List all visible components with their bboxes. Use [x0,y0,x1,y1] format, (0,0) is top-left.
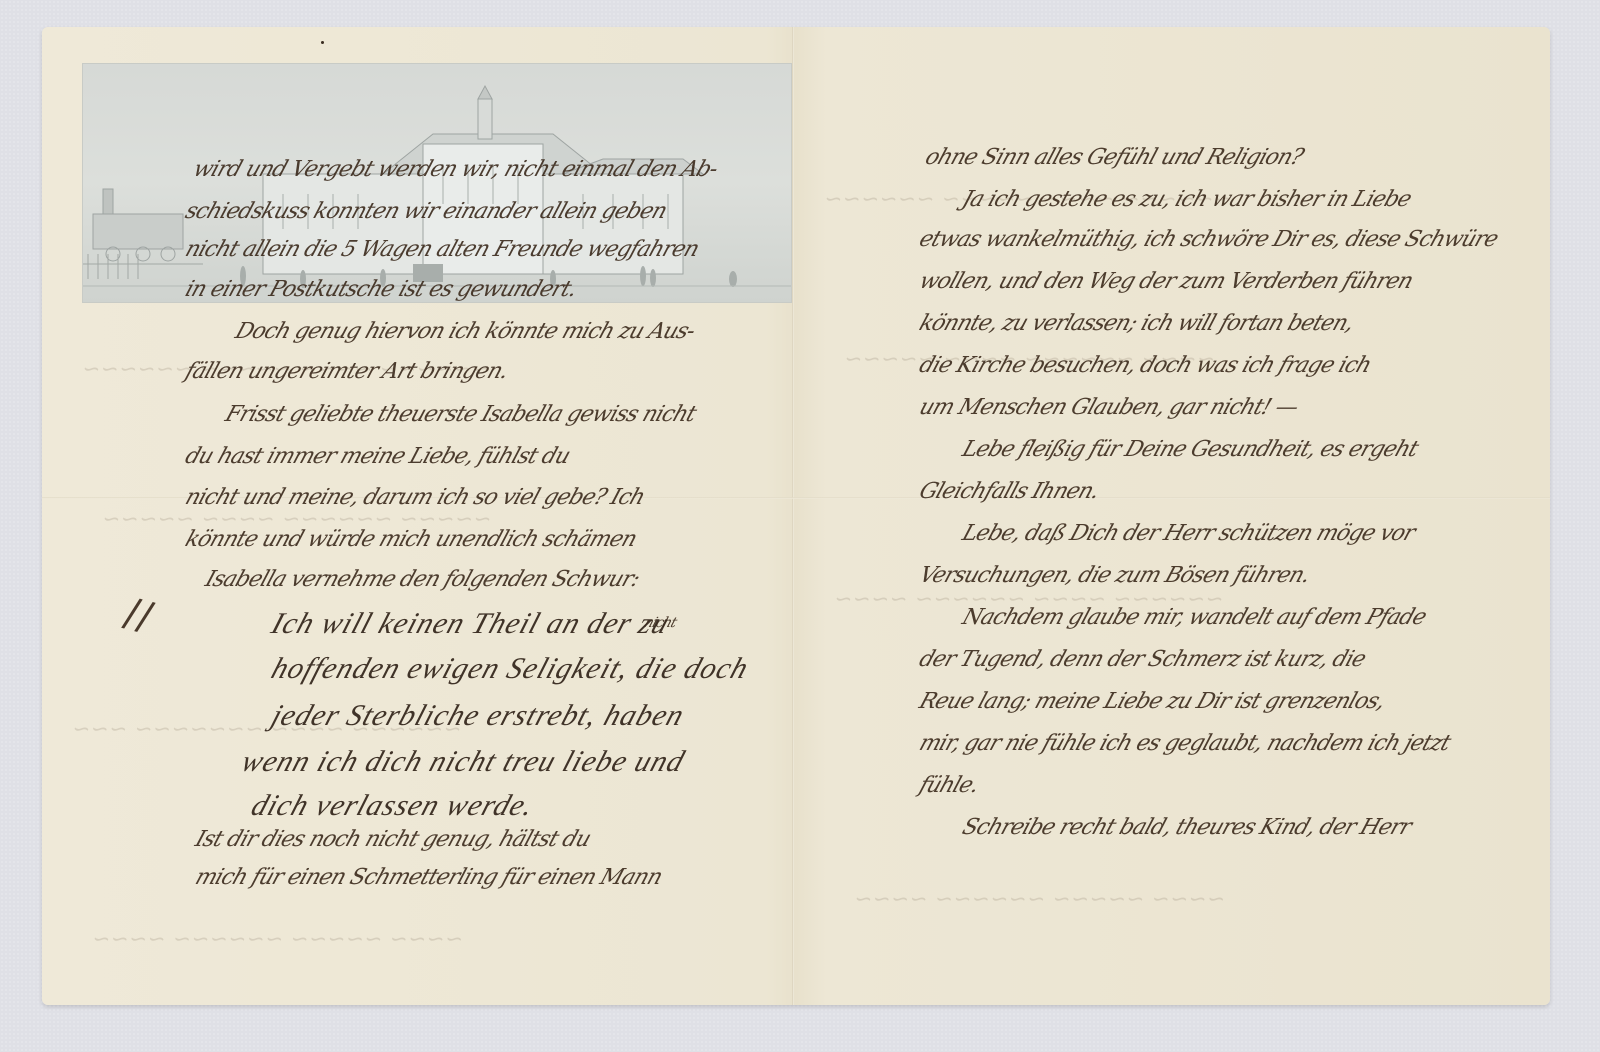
handwritten-line: nicht und meine, darum ich so viel gebe?… [182,485,648,510]
handwritten-line: könnte, zu verlassen; ich will fortan be… [916,311,1357,336]
handwritten-line: Versuchungen, die zum Bösen führen. [916,563,1313,588]
handwritten-line: Schreibe recht bald, theures Kind, der H… [959,815,1414,840]
handwritten-line: könnte und würde mich unendlich schämen [182,527,639,552]
oath-line: hoffenden ewigen Seligkeit, die doch [267,652,753,686]
handwritten-line: fällen ungereimter Art bringen. [182,359,511,384]
handwritten-line: du hast immer meine Liebe, fühlst du [182,444,573,469]
handwritten-line: wollen, und den Weg der zum Verderben fü… [916,269,1416,294]
ink-bleed: ~~~~ ~~~~~ ~~~~~~ ~~~~ [87,927,467,952]
handwritten-line: die Kirche besuchen, doch was ich frage … [916,353,1374,378]
handwritten-line: Ja ich gestehe es zu, ich war bisher in … [959,187,1414,212]
handwritten-line: Isabella vernehme den folgenden Schwur: [202,567,642,592]
margin-mark: // [120,589,158,640]
left-page: ~~~~~~ ~~~~ ~~~~~ ~~~~~~ ~~~~~ ~~~~~~ ~~… [42,27,792,1005]
handwritten-line: nicht allein die 5 Wagen alten Freunde w… [182,237,702,262]
handwritten-line: Frisst geliebte theuerste Isabella gewis… [222,402,699,427]
handwritten-line: der Tugend, denn der Schmerz ist kurz, d… [916,647,1368,672]
handwritten-line: wird und Vergebt werden wir, nicht einma… [190,157,720,182]
oath-line: Ich will keinen Theil an der zu [267,607,674,641]
oath-line: jeder Sterbliche erstrebt, haben [267,699,689,733]
handwritten-line: Doch genug hiervon ich könnte mich zu Au… [232,319,698,344]
right-page: ~~~~~~ ~~~~ ~~~~~ ~~~~~~ ~~~~ ~~~~~~ ~~~… [794,27,1550,1005]
insertion-word: nicht [642,615,678,631]
handwritten-line: in einer Postkutsche ist es gewundert. [182,277,580,302]
handwritten-line: mir, gar nie fühle ich es geglaubt, nach… [916,731,1453,756]
handwritten-line: Lebe fleißig für Deine Gesundheit, es er… [959,437,1421,462]
handwritten-line: Lebe, daß Dich der Herr schützen möge vo… [959,521,1418,546]
handwritten-line: fühle. [916,773,982,798]
letterhead-engraving [82,63,792,303]
oath-line: wenn ich dich nicht treu liebe und [237,745,689,779]
handwritten-line: schiedskuss konnten wir einander allein … [182,199,670,224]
handwritten-line: etwas wankelmüthig, ich schwöre Dir es, … [916,227,1501,252]
handwritten-line: Ist dir dies noch nicht genug, hältst du [192,827,593,852]
ink-speck [321,41,324,44]
oath-line: dich verlassen werde. [247,789,539,823]
handwritten-line: Nachdem glaube mir, wandelt auf dem Pfad… [959,605,1429,630]
handwritten-line: mich für einen Schmetterling für einen M… [192,865,665,890]
handwritten-line: Gleichfalls Ihnen. [916,479,1102,504]
handwritten-line: um Menschen Glauben, gar nicht! — [916,395,1301,420]
handwritten-line: Reue lang; meine Liebe zu Dir ist grenze… [916,689,1388,714]
handwritten-line: ohne Sinn alles Gefühl und Religion? [922,145,1306,170]
letter-sheet: ~~~~~~ ~~~~ ~~~~~ ~~~~~~ ~~~~~ ~~~~~~ ~~… [42,27,1550,1005]
building-illustration-icon [83,64,791,302]
ink-bleed: ~~~~ ~~~~~ ~~~~~~ ~~~~ [849,887,1229,912]
